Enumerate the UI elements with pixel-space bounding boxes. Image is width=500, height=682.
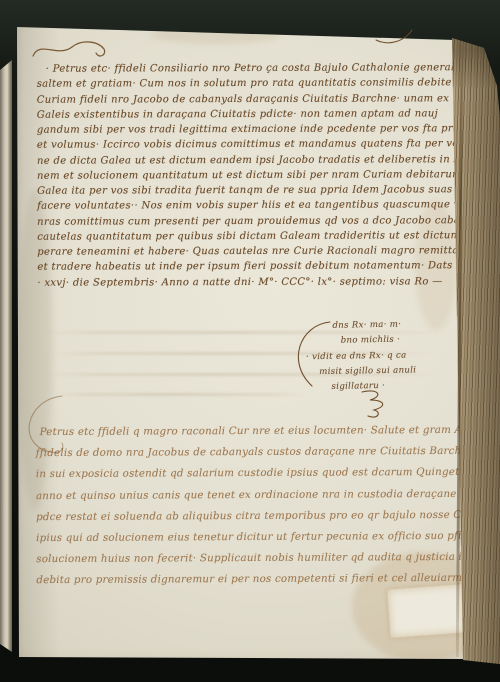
ink-show-through [46, 331, 438, 334]
adjacent-page-edge [0, 60, 12, 652]
chancery-note-line: sigillataru · [331, 378, 460, 396]
folio-dot [352, 23, 355, 26]
manuscript-line: cautelas quantitatum per quibus sibi dic… [37, 228, 449, 245]
second-letter-text-block: Petrus etc ffideli q magro raconali Cur … [36, 420, 461, 592]
manuscript-line: nem et solucionem quantitatum ut est dic… [37, 167, 449, 184]
manuscript-page: xliiij · Petrus etc· ffideli Consiliario… [0, 0, 500, 682]
manuscript-line: ipius qui ad solucionem eius tenetur dic… [36, 526, 460, 549]
manuscript-line: facere voluntates·· Nos enim vobis super… [37, 198, 449, 215]
manuscript-line: gandum sibi per vos tradi legittima exti… [37, 121, 449, 138]
manuscript-line: Petrus etc ffideli q magro raconali Cur … [36, 420, 460, 443]
folio-number: xliiij [385, 10, 429, 34]
manuscript-line: · Petrus etc· ffideli Consiliario nro Pe… [37, 60, 449, 77]
paper-stain [150, 26, 280, 44]
manuscript-line: perare teneamini et habere· Quas cautela… [37, 243, 449, 260]
manuscript-line: et tradere habeatis ut inde per ipsum fi… [37, 259, 449, 276]
manuscript-line: solucionem huius non fecerit· Supplicaui… [36, 547, 460, 570]
ink-show-through [46, 373, 434, 376]
manuscript-line: anno et quinso unius canis que tenet ex … [36, 483, 460, 506]
royal-letter-text-block: · Petrus etc· ffideli Consiliario nro Pe… [37, 60, 450, 290]
ink-show-through [52, 352, 432, 355]
manuscript-line: et volumus· Iccirco vobis dicimus comitt… [37, 137, 449, 154]
manuscript-line: Curiam fideli nro Jacobo de cabanyals da… [37, 91, 449, 108]
manuscript-line: pdce restat ei soluenda ab aliquibus cit… [36, 505, 460, 528]
manuscript-line: Galeis existentibus in daraçana Ciuitati… [37, 106, 449, 123]
manuscript-line: Galea ita per vos sibi tradita fuerit ta… [37, 182, 449, 199]
manuscript-line: ffidelis de domo nra Jacobus de cabanyal… [36, 441, 460, 464]
manuscript-line: debita pro premissis dignaremur ei per n… [36, 568, 460, 591]
manuscript-line: · xxvj· die Septembris· Anno a natte dni… [37, 274, 449, 291]
manuscript-photo: xliiij · Petrus etc· ffideli Consiliario… [0, 0, 500, 682]
chancery-note: dns Rx· ma· m· bno michlis · · vidit ea … [299, 317, 460, 396]
manuscript-line: ne de dicta Galea ut est dictum eandem i… [37, 152, 449, 169]
ink-show-through [58, 393, 308, 396]
manuscript-line: saltem et gratiam· Cum nos in solutum pr… [37, 76, 449, 93]
manuscript-line: in sui exposicia ostendit qd salarium cu… [36, 462, 460, 485]
manuscript-line: nras comittimus cum presenti per quam pr… [37, 213, 449, 230]
